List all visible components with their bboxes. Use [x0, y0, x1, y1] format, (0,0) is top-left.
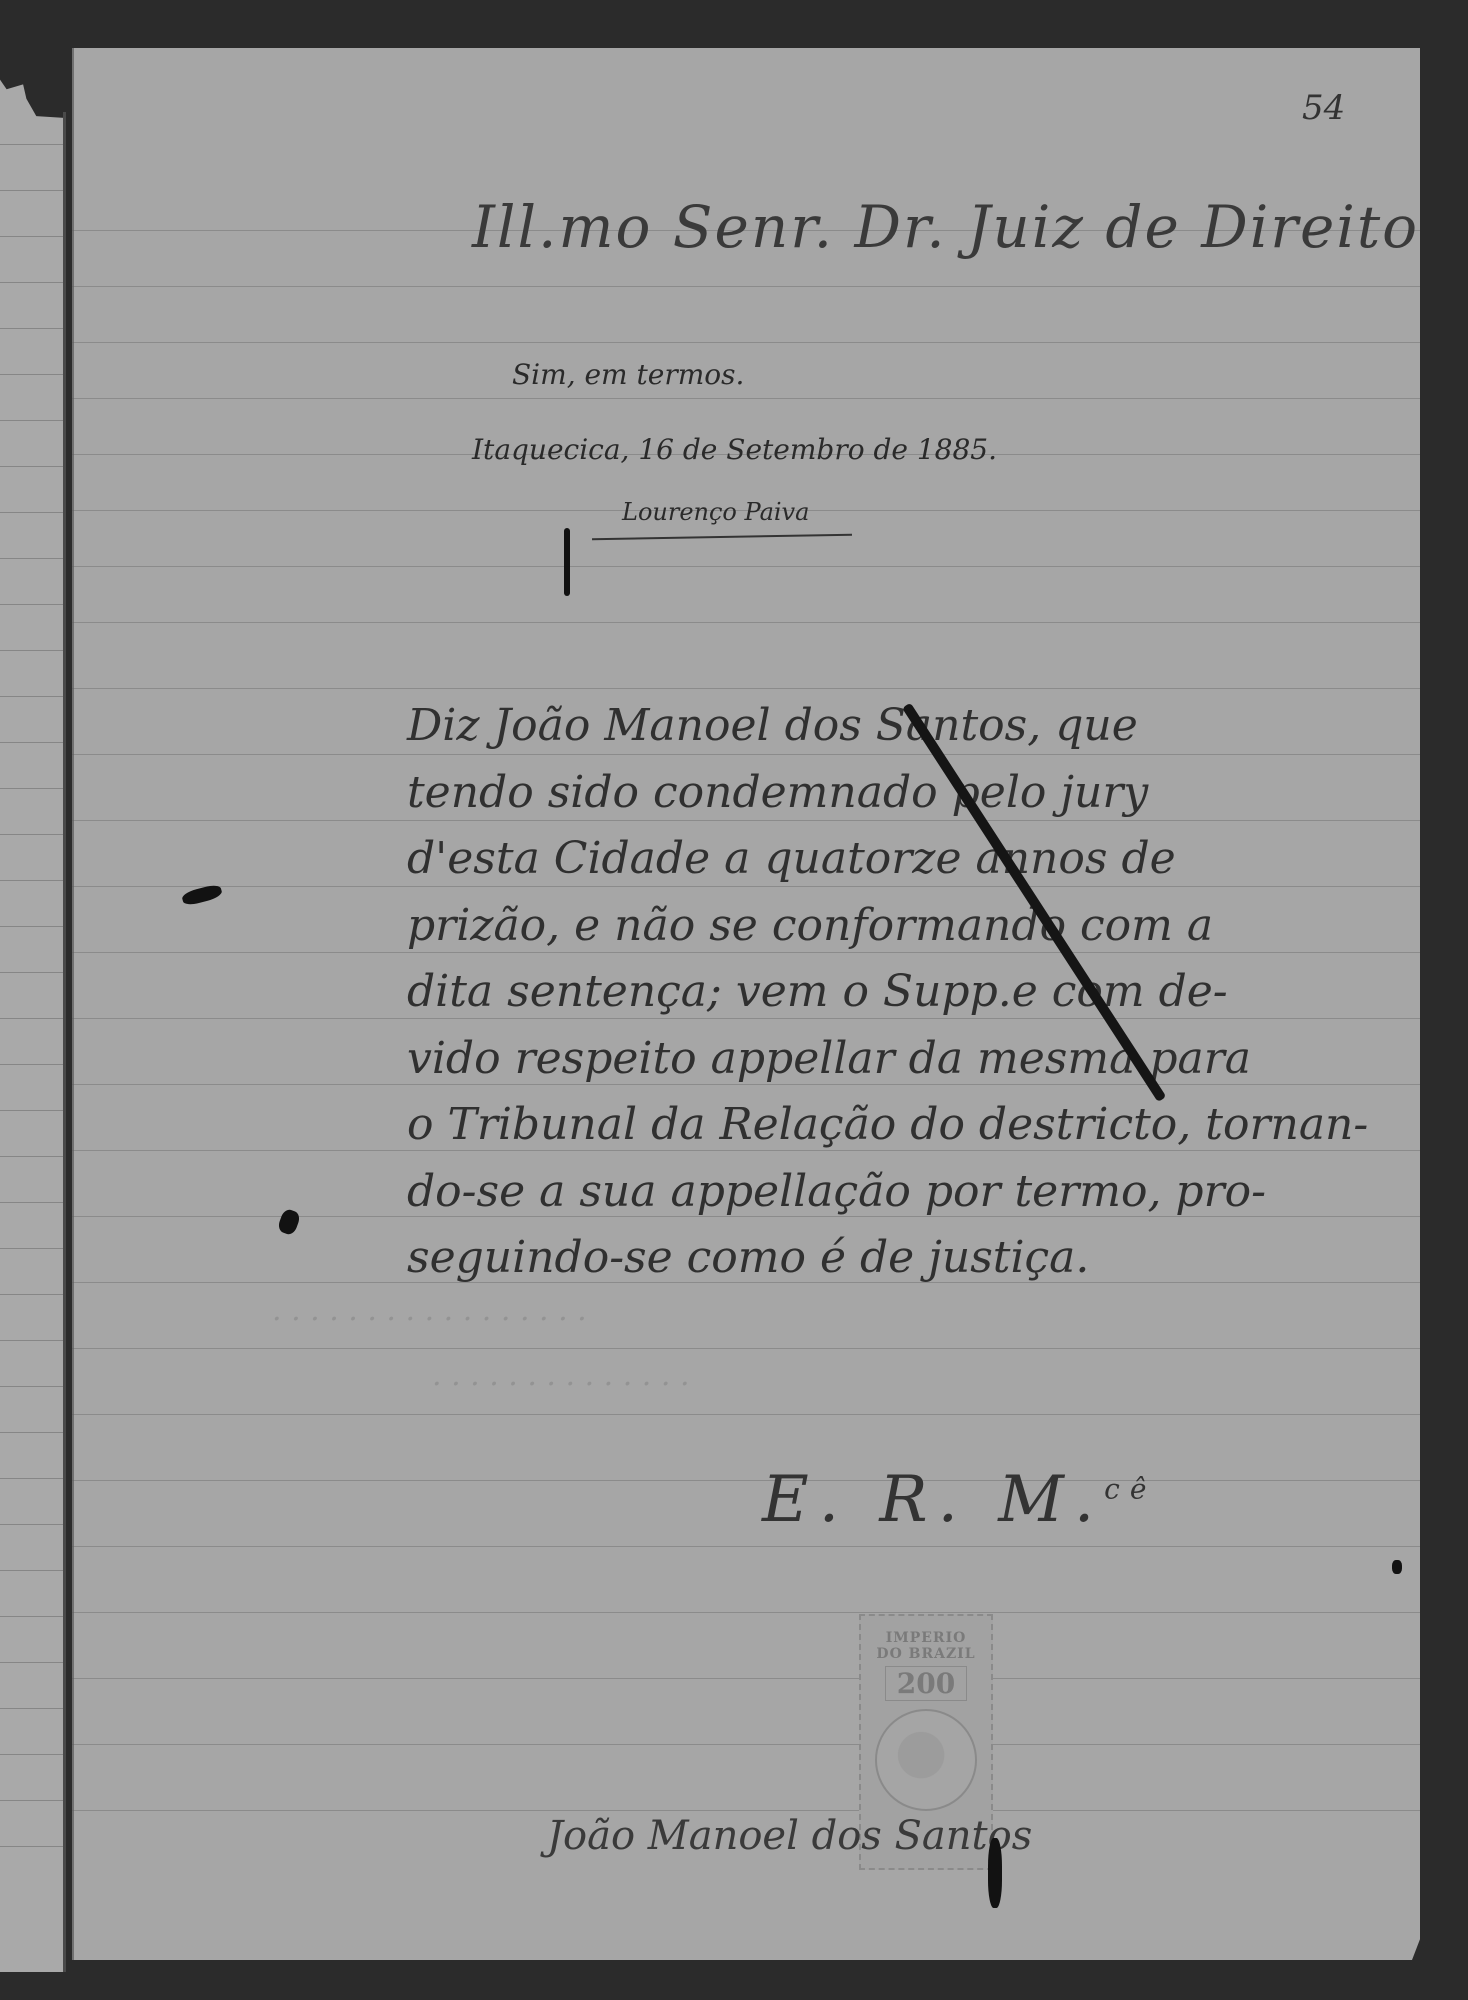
ink-bracket-mark	[564, 528, 570, 596]
stamp-value: 200	[885, 1666, 967, 1701]
body-line: vido respeito appellar da mesma para	[407, 1026, 1368, 1093]
body-line: o Tribunal da Relação do destricto, torn…	[407, 1092, 1368, 1159]
ruled-line	[0, 1294, 64, 1295]
body-line: Diz João Manoel dos Santos, que	[407, 693, 1368, 760]
ruled-line	[0, 1110, 64, 1111]
body-line: tendo sido condemnado pelo jury	[407, 760, 1368, 827]
ruled-line	[0, 926, 64, 927]
ink-blot	[988, 1838, 1002, 1908]
stamp-line-2: DO BRAZIL	[861, 1646, 991, 1662]
ruled-line	[0, 1524, 64, 1525]
ruled-line	[72, 622, 1420, 623]
body-line: dita sentença; vem o Supp.e com de-	[407, 959, 1368, 1026]
closing-text: E. R. M.	[762, 1463, 1104, 1537]
ruled-line	[0, 834, 64, 835]
emperor-portrait-icon	[875, 1709, 977, 1811]
ruled-line	[0, 1064, 64, 1065]
ruled-line	[72, 1810, 1420, 1811]
petitioner-signature: João Manoel dos Santos	[547, 1813, 1032, 1859]
ruled-line	[0, 1156, 64, 1157]
stamp-line-1: IMPERIO	[861, 1630, 991, 1646]
ruled-line	[72, 1348, 1420, 1349]
signature-underline	[592, 534, 852, 541]
ruled-line	[0, 1432, 64, 1433]
despacho-signature: Lourenço Paiva	[622, 498, 809, 526]
ruled-line	[0, 880, 64, 881]
document-page: 54 Ill.mo Senr. Dr. Juiz de Direito. Sim…	[72, 48, 1420, 1960]
ruled-line	[0, 1662, 64, 1663]
ruled-line	[72, 1744, 1420, 1745]
ruled-line	[0, 512, 64, 513]
despacho-place-date: Itaquecica, 16 de Setembro de 1885.	[472, 433, 997, 466]
salutation-heading: Ill.mo Senr. Dr. Juiz de Direito.	[472, 193, 1439, 261]
ruled-line	[0, 144, 64, 145]
ruled-line	[72, 398, 1420, 399]
ruled-line	[0, 1202, 64, 1203]
ruled-line	[72, 1480, 1420, 1481]
torn-corner	[0, 70, 66, 118]
ruled-line	[0, 374, 64, 375]
page-edge	[63, 112, 66, 1972]
ruled-line	[72, 286, 1420, 287]
ruled-line	[0, 1846, 64, 1847]
ink-blot	[1392, 1560, 1402, 1574]
ruled-line	[0, 1478, 64, 1479]
ruled-line	[0, 650, 64, 651]
closing-superscript: cê	[1104, 1473, 1156, 1506]
ruled-line	[0, 1800, 64, 1801]
ruled-line	[0, 604, 64, 605]
page-margin-line	[72, 48, 74, 1960]
ruled-line	[0, 236, 64, 237]
ruled-line	[0, 972, 64, 973]
body-line: prizão, e não se conformando com a	[407, 893, 1368, 960]
bleed-through-text: . . . . . . . . . . . . . .	[432, 1358, 689, 1393]
ruled-line	[0, 742, 64, 743]
ruled-line	[72, 1678, 1420, 1679]
body-line: do-se a sua appellação por termo, pro-	[407, 1159, 1368, 1226]
closing-formula: E. R. M.cê	[762, 1463, 1156, 1537]
previous-page-strip	[0, 72, 66, 1972]
ruled-line	[0, 328, 64, 329]
ruled-line	[0, 1570, 64, 1571]
ruled-line	[0, 282, 64, 283]
ruled-line	[0, 466, 64, 467]
ruled-line	[0, 788, 64, 789]
ruled-line	[0, 1708, 64, 1709]
ruled-line	[72, 566, 1420, 567]
ruled-line	[72, 1612, 1420, 1613]
ruled-line	[0, 558, 64, 559]
ruled-line	[0, 1340, 64, 1341]
body-line: d'esta Cidade a quatorze annos de	[407, 826, 1368, 893]
ruled-line	[0, 1754, 64, 1755]
ruled-line	[0, 696, 64, 697]
ruled-line	[72, 1546, 1420, 1547]
ink-blot	[276, 1208, 301, 1237]
ruled-line	[0, 420, 64, 421]
despacho-approval: Sim, em termos.	[512, 358, 744, 391]
ruled-line	[72, 1414, 1420, 1415]
ruled-line	[0, 190, 64, 191]
ruled-line	[0, 1248, 64, 1249]
body-line: seguindo-se como é de justiça.	[407, 1225, 1368, 1292]
page-number: 54	[1302, 88, 1345, 128]
petition-body: Diz João Manoel dos Santos, quetendo sid…	[407, 693, 1368, 1292]
ruled-line	[72, 342, 1420, 343]
ruled-line	[0, 1386, 64, 1387]
ruled-line	[72, 688, 1420, 689]
bleed-through-text: . . . . . . . . . . . . . . . . .	[272, 1293, 587, 1328]
ruled-line	[0, 1018, 64, 1019]
ruled-line	[0, 1616, 64, 1617]
